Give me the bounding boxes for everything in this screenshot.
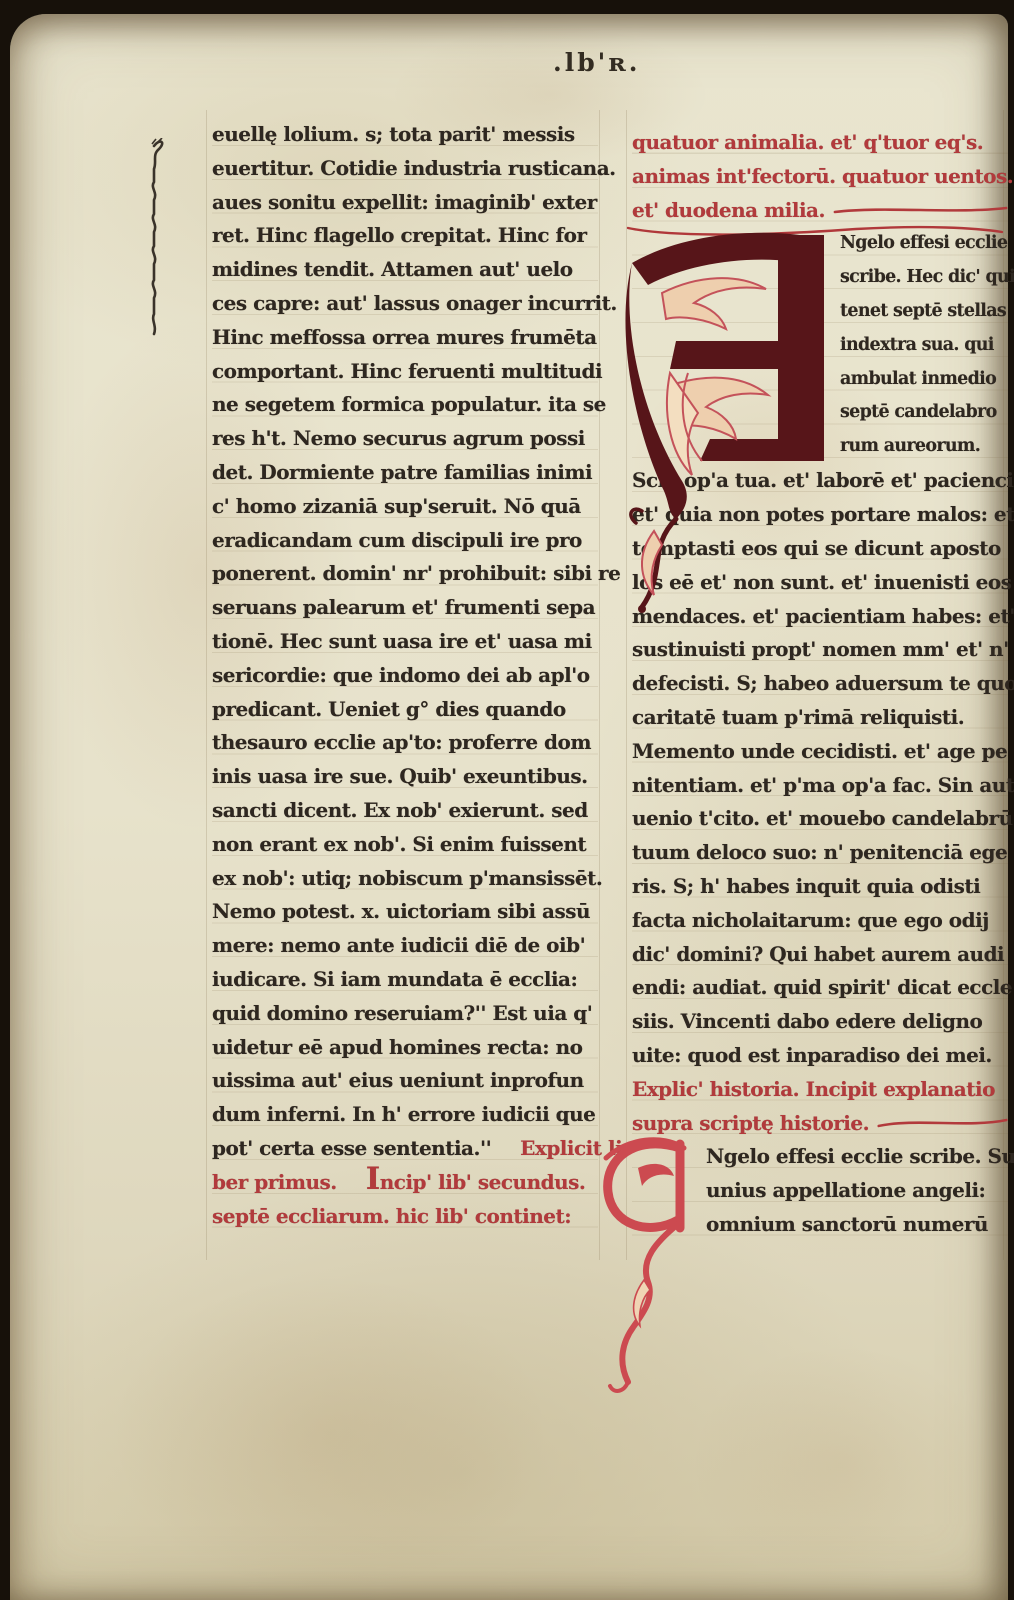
folio-mark: .lb'ʀ. bbox=[553, 48, 640, 77]
manuscript-text-line: tionē. Hec sunt uasa ire et' uasa mi bbox=[212, 625, 598, 659]
manuscript-text-line: Hinc meffossa orrea mures frumēta bbox=[212, 321, 598, 355]
manuscript-text-line: indextra sua. qui bbox=[840, 329, 1008, 363]
parchment-stain bbox=[110, 1274, 550, 1594]
manuscript-text-line: caritatē tuam p'rimā reliquisti. bbox=[632, 701, 1008, 735]
manuscript-text-line: rum aureorum. bbox=[840, 430, 1008, 464]
manuscript-text-line: endi: audiat. quid spirit' dicat eccle bbox=[632, 971, 1008, 1005]
manuscript-text-line: sericordie: que indomo dei ab apl'o bbox=[212, 659, 598, 693]
manuscript-text-line: ret. Hinc flagello crepitat. Hinc for bbox=[212, 219, 598, 253]
manuscript-text-line: uenio t'cito. et' mouebo candelabrū bbox=[632, 802, 1008, 836]
explicit-rubric-block: Explic' historia. Incipit explanatio sup… bbox=[632, 1073, 1008, 1141]
manuscript-text-line: det. Dormiente patre familias inimi bbox=[212, 456, 598, 490]
manuscript-text-line: euellę lolium. s; tota parit' messis bbox=[212, 118, 598, 152]
manuscript-text-line: scribe. Hec dic' qui bbox=[840, 261, 1008, 295]
manuscript-text-line: facta nicholaitarum: que ego odij bbox=[632, 904, 1008, 938]
illuminated-initial-block: A Ngelo effesi eccliescribe bbox=[632, 227, 1008, 464]
manuscript-text-line: septē candelabro bbox=[840, 396, 1008, 430]
explicit-black-text: pot' certa esse sententia.'' bbox=[212, 1136, 491, 1160]
manuscript-text-line: defecisti. S; habeo aduersum te quod bbox=[632, 667, 1008, 701]
manuscript-text-line: siis. Vincenti dabo edere deligno bbox=[632, 1005, 1008, 1039]
manuscript-text-line: res h't. Nemo securus agrum possi bbox=[212, 422, 598, 456]
manuscript-text-line: eradicandam cum discipuli ire pro bbox=[212, 524, 598, 558]
manuscript-text-line: uite: quod est inparadiso dei mei. bbox=[632, 1039, 1008, 1073]
manuscript-text-line: ces capre: aut' lassus onager incurrit. bbox=[212, 287, 598, 321]
manuscript-text-line: quid domino reseruiam?'' Est uia q' bbox=[212, 997, 598, 1031]
nota-squiggle-icon bbox=[142, 138, 172, 348]
manuscript-text-line: ris. S; h' habes inquit quia odisti bbox=[632, 870, 1008, 904]
manuscript-text-line: inis uasa ire sue. Quib' exeuntibus. bbox=[212, 760, 598, 794]
ruling-line-vertical bbox=[206, 110, 207, 1260]
rubric-line: supra scriptę historie. bbox=[632, 1107, 1008, 1141]
rubric-flourish bbox=[833, 203, 1008, 217]
rubric-line: septē eccliarum. hic lib' continet: bbox=[212, 1200, 598, 1234]
manuscript-text-line: tenet septē stellas bbox=[840, 295, 1008, 329]
manuscript-text-line: los eē et' non sunt. et' inuenisti eos bbox=[632, 566, 1008, 600]
manuscript-text-line: Ngelo effesi ecclie bbox=[840, 227, 1008, 261]
manuscript-text-line: non erant ex nob'. Si enim fuissent bbox=[212, 828, 598, 862]
rubric-text: ber primus. bbox=[212, 1170, 337, 1194]
manuscript-text-line: ne segetem formica populatur. ita se bbox=[212, 388, 598, 422]
rubric-flourish bbox=[877, 1116, 1008, 1130]
manuscript-text-line: predicant. Ueniet g° dies quando bbox=[212, 693, 598, 727]
manuscript-text-line: ex nob': utiq; nobiscum p'mansissēt. bbox=[212, 862, 598, 896]
manuscript-text-line: nitentiam. et' p'ma op'a fac. Sin aut' bbox=[632, 769, 1008, 803]
explicit-rubric-text: Explicit li bbox=[520, 1136, 622, 1160]
rubric-line: Explic' historia. Incipit explanatio bbox=[632, 1073, 1008, 1107]
manuscript-text-line: iudicare. Si iam mundata ē ecclia: bbox=[212, 963, 598, 997]
rubric-text: supra scriptę historie. bbox=[632, 1107, 869, 1141]
manuscript-text-line: tuum deloco suo: n' penitenciā ege bbox=[632, 836, 1008, 870]
manuscript-text-line: seruans palearum et' frumenti sepa bbox=[212, 591, 598, 625]
manuscript-text-line: dum inferni. In h' errore iudicii que bbox=[212, 1098, 598, 1132]
pen-flourish-initial-a bbox=[592, 1130, 712, 1405]
manuscript-text-line: mere: nemo ante iudicii diē de oib' bbox=[212, 929, 598, 963]
manuscript-text-line: temptasti eos qui se dicunt aposto bbox=[632, 532, 1008, 566]
manuscript-text-line: comportant. Hinc feruenti multitudi bbox=[212, 355, 598, 389]
parchment-stain bbox=[690, 1344, 990, 1584]
manuscript-text-line: omnium sanctorū numerū bbox=[706, 1208, 1008, 1242]
incipit-text: Incip' lib' secundus. bbox=[366, 1166, 586, 1200]
manuscript-text-line: thesauro ecclie ap'to: proferre dom bbox=[212, 726, 598, 760]
ruling-line-vertical bbox=[599, 110, 600, 1260]
manuscript-page: .lb'ʀ. euellę lolium. s; tota parit' mes… bbox=[10, 14, 1008, 1600]
manuscript-text-line: euertitur. Cotidie industria rusticana. bbox=[212, 152, 598, 186]
left-text-column: euellę lolium. s; tota parit' messiseuer… bbox=[212, 118, 598, 1233]
manuscript-text-line: et' quia non potes portare malos: et' bbox=[632, 498, 1008, 532]
manuscript-text-line: ambulat inmedio bbox=[840, 363, 1008, 397]
initial-side-text: Ngelo effesi eccliescribe. Hec dic' quit… bbox=[840, 227, 1008, 464]
rubric-line: ber primus. Incip' lib' secundus. bbox=[212, 1166, 598, 1200]
manuscript-text-line: Nemo potest. x. uictoriam sibi assū bbox=[212, 895, 598, 929]
manuscript-text-line: pot' certa esse sententia.'' Explicit li bbox=[212, 1132, 598, 1166]
manuscript-text-line: c' homo zizaniā sup'seruit. Nō quā bbox=[212, 490, 598, 524]
manuscript-text-line: unius appellatione angeli: bbox=[706, 1174, 1008, 1208]
manuscript-text-line: sustinuisti propt' nomen mm' et' n' bbox=[632, 633, 1008, 667]
right-text-column: quatuor animalia. et' q'tuor eq's.animas… bbox=[632, 126, 1008, 1242]
manuscript-text-line: Memento unde cecidisti. et' age pe bbox=[632, 735, 1008, 769]
manuscript-text-line: aues sonitu expellit: imaginib' exter bbox=[212, 186, 598, 220]
rubric-block: quatuor animalia. et' q'tuor eq's.animas… bbox=[632, 126, 1008, 227]
pen-initial-side-text: Ngelo effesi ecclie scribe. Subunius app… bbox=[706, 1140, 1008, 1241]
manuscript-text-line: uidetur eē apud homines recta: no bbox=[212, 1031, 598, 1065]
manuscript-text-line: dic' domini? Qui habet aurem audi bbox=[632, 938, 1008, 972]
manuscript-text-line: midines tendit. Attamen aut' uelo bbox=[212, 253, 598, 287]
rubric-line: animas int'fectorū. quatuor uentos. bbox=[632, 160, 1008, 194]
rubric-line: quatuor animalia. et' q'tuor eq's. bbox=[632, 126, 1008, 160]
manuscript-text-line: sancti dicent. Ex nob' exierunt. sed bbox=[212, 794, 598, 828]
manuscript-text-line: mendaces. et' pacientiam habes: et' bbox=[632, 600, 1008, 634]
ruling-line-vertical bbox=[626, 110, 627, 1260]
pen-initial-block: A Ngelo effesi ecclie scribe. Subunius a… bbox=[632, 1140, 1008, 1241]
manuscript-text-line: uissima aut' eius ueniunt inprofun bbox=[212, 1064, 598, 1098]
manuscript-text-line: Scio op'a tua. et' laborē et' pacienciā. bbox=[632, 464, 1008, 498]
manuscript-text-line: ponerent. domin' nr' prohibuit: sibi re bbox=[212, 557, 598, 591]
manuscript-text-line: Ngelo effesi ecclie scribe. Sub bbox=[706, 1140, 1008, 1174]
